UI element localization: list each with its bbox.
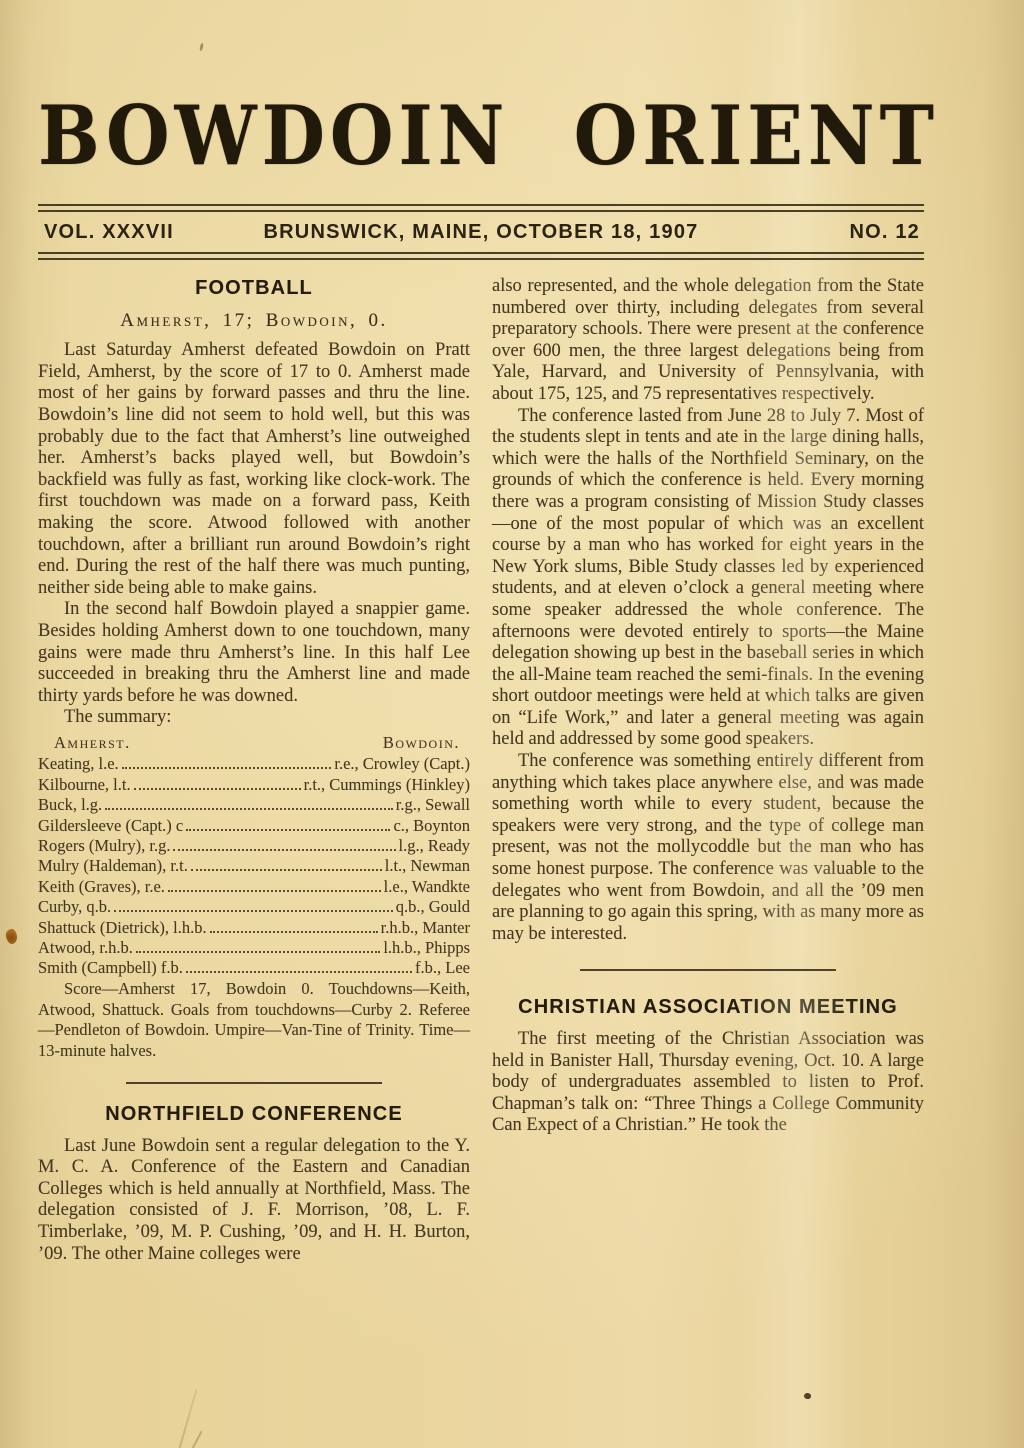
amherst-player: Atwood, r.h.b. bbox=[38, 938, 133, 958]
bowdoin-player: l.g., Ready bbox=[399, 836, 471, 856]
table-row: Curby, q.b.q.b., Gould bbox=[38, 897, 470, 917]
right-column: also represented, and the whole delegati… bbox=[492, 276, 924, 1265]
football-paragraph-2: In the second half Bowdoin played a snap… bbox=[38, 599, 470, 707]
dot-leader bbox=[186, 829, 390, 831]
amherst-player: Smith (Campbell) f.b. bbox=[38, 958, 183, 978]
issue-info-line: VOL. XXXVII BRUNSWICK, MAINE, OCTOBER 18… bbox=[38, 212, 924, 252]
dot-leader bbox=[136, 951, 380, 953]
paper-scratch bbox=[191, 1431, 202, 1448]
table-row: Shattuck (Dietrick), l.h.b.r.h.b., Mante… bbox=[38, 918, 470, 938]
football-paragraph-1: Last Saturday Amherst defeated Bowdoin o… bbox=[38, 340, 470, 599]
newspaper-title: BOWDOIN ORIENT bbox=[38, 88, 924, 184]
bowdoin-player: l.h.b., Phipps bbox=[383, 938, 470, 958]
table-row: Atwood, r.h.b.l.h.b., Phipps bbox=[38, 938, 470, 958]
table-row: Kilbourne, l.t.r.t., Cummings (Hinkley) bbox=[38, 775, 470, 795]
section-divider bbox=[126, 1082, 382, 1084]
section-divider bbox=[580, 969, 836, 971]
bowdoin-player: q.b., Gould bbox=[396, 897, 470, 917]
northfield-paragraph-4: The conference was something entirely di… bbox=[492, 751, 924, 945]
table-row: Keith (Graves), r.e.l.e., Wandkte bbox=[38, 877, 470, 897]
christian-association-heading: CHRISTIAN ASSOCIATION MEETING bbox=[492, 997, 924, 1019]
northfield-heading: NORTHFIELD CONFERENCE bbox=[38, 1104, 470, 1126]
summary-intro: The summary: bbox=[38, 707, 470, 729]
dot-leader bbox=[134, 788, 301, 790]
bowdoin-player: l.t., Newman bbox=[385, 856, 470, 876]
masthead: BOWDOIN ORIENT bbox=[38, 0, 924, 174]
bowdoin-player: l.e., Wandkte bbox=[384, 877, 470, 897]
amherst-player: Keating, l.e. bbox=[38, 754, 119, 774]
dot-leader bbox=[105, 808, 393, 810]
dot-leader bbox=[186, 971, 412, 973]
christian-association-paragraph-1: The first meeting of the Christian Assoc… bbox=[492, 1029, 924, 1137]
summary-table: Amherst. Bowdoin. Keating, l.e.r.e., Cro… bbox=[38, 732, 470, 979]
dot-leader bbox=[122, 767, 332, 769]
football-heading: FOOTBALL bbox=[38, 278, 470, 300]
amherst-player: Curby, q.b. bbox=[38, 897, 111, 917]
table-row: Smith (Campbell) f.b.f.b., Lee bbox=[38, 958, 470, 978]
summary-header-amherst: Amherst. bbox=[54, 733, 131, 753]
score-note: Score—Amherst 17, Bowdoin 0. Touchdowns—… bbox=[38, 979, 470, 1062]
summary-table-header: Amherst. Bowdoin. bbox=[38, 732, 470, 754]
ink-blot bbox=[5, 928, 18, 944]
dot-leader bbox=[168, 890, 381, 892]
article-columns: FOOTBALL Amherst, 17; Bowdoin, 0. Last S… bbox=[38, 276, 924, 1265]
amherst-player: Keith (Graves), r.e. bbox=[38, 877, 165, 897]
northfield-paragraph-3: The conference lasted from June 28 to Ju… bbox=[492, 406, 924, 752]
dot-leader bbox=[114, 910, 393, 912]
table-row: Keating, l.e.r.e., Crowley (Capt.) bbox=[38, 754, 470, 774]
bowdoin-player: f.b., Lee bbox=[415, 958, 470, 978]
dot-leader bbox=[173, 849, 395, 851]
table-row: Gildersleeve (Capt.) cc., Boynton bbox=[38, 816, 470, 836]
football-score-subheading: Amherst, 17; Bowdoin, 0. bbox=[38, 310, 470, 332]
table-row: Buck, l.g.r.g., Sewall bbox=[38, 795, 470, 815]
ink-dot bbox=[804, 1393, 811, 1399]
dot-leader bbox=[210, 931, 378, 933]
issue-number: NO. 12 bbox=[849, 212, 920, 252]
table-row: Rogers (Mulry), r.g.l.g., Ready bbox=[38, 836, 470, 856]
double-rule-bottom bbox=[38, 252, 924, 260]
double-rule-top bbox=[38, 204, 924, 212]
bowdoin-player: r.t., Cummings (Hinkley) bbox=[304, 775, 470, 795]
northfield-paragraph-2: also represented, and the whole delegati… bbox=[492, 276, 924, 406]
dateline: BRUNSWICK, MAINE, OCTOBER 18, 1907 bbox=[38, 212, 924, 252]
amherst-player: Shattuck (Dietrick), l.h.b. bbox=[38, 918, 207, 938]
amherst-player: Kilbourne, l.t. bbox=[38, 775, 131, 795]
amherst-player: Gildersleeve (Capt.) c bbox=[38, 816, 183, 836]
bowdoin-player: r.e., Crowley (Capt.) bbox=[334, 754, 470, 774]
newspaper-page: BOWDOIN ORIENT VOL. XXXVII BRUNSWICK, MA… bbox=[0, 0, 1024, 1448]
summary-header-bowdoin: Bowdoin. bbox=[383, 733, 460, 753]
amherst-player: Rogers (Mulry), r.g. bbox=[38, 836, 170, 856]
amherst-player: Mulry (Haldeman), r.t. bbox=[38, 856, 188, 876]
amherst-player: Buck, l.g. bbox=[38, 795, 102, 815]
bowdoin-player: r.h.b., Manter bbox=[381, 918, 470, 938]
bowdoin-player: c., Boynton bbox=[393, 816, 470, 836]
bowdoin-player: r.g., Sewall bbox=[396, 795, 470, 815]
left-column: FOOTBALL Amherst, 17; Bowdoin, 0. Last S… bbox=[38, 276, 470, 1265]
paper-scratch bbox=[178, 1389, 197, 1448]
dot-leader bbox=[191, 869, 382, 871]
northfield-paragraph-1: Last June Bowdoin sent a regular delegat… bbox=[38, 1136, 470, 1266]
table-row: Mulry (Haldeman), r.t.l.t., Newman bbox=[38, 856, 470, 876]
